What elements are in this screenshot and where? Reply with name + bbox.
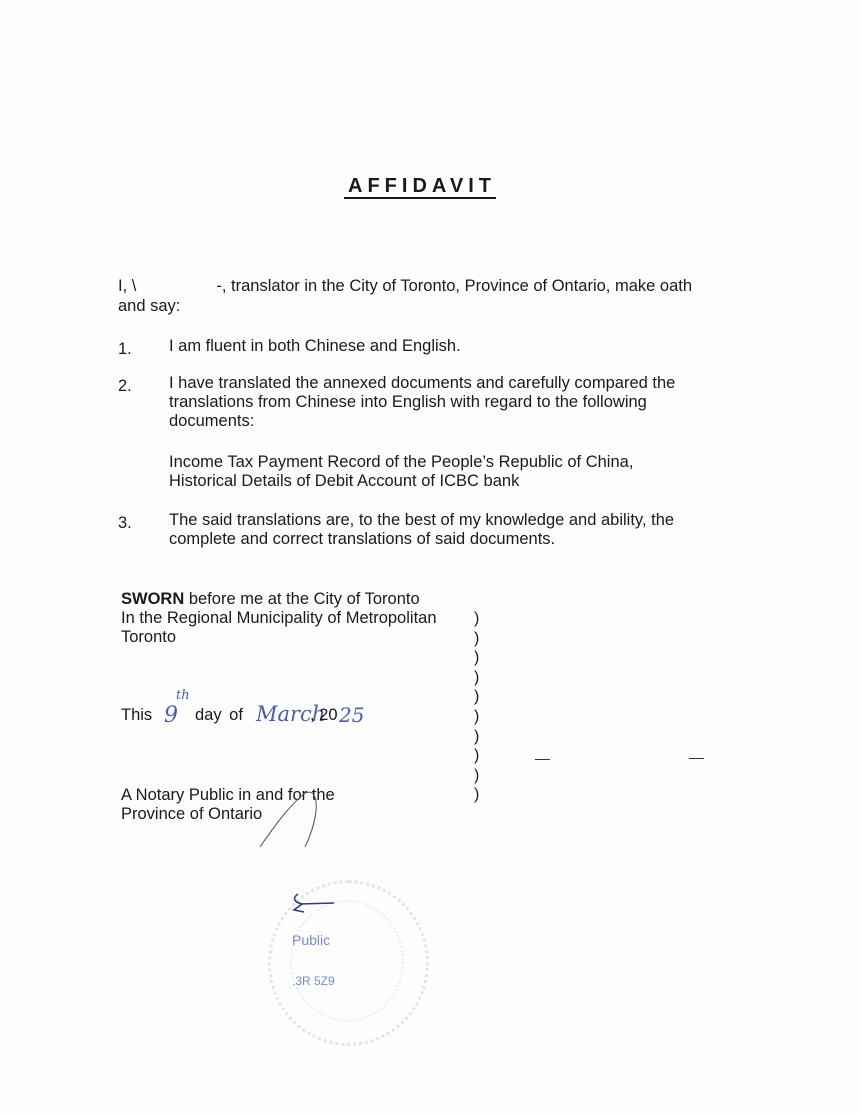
document-list-item: Income Tax Payment Record of the People’… bbox=[169, 453, 633, 472]
handwritten-day: 9 bbox=[164, 703, 178, 728]
redaction-mark-right bbox=[689, 758, 704, 759]
affidavit-title: AFFIDAVIT bbox=[0, 175, 840, 198]
intro-prefix: I, \ bbox=[118, 277, 136, 295]
item-2-number: 2. bbox=[118, 377, 132, 396]
item-3-line: The said translations are, to the best o… bbox=[169, 511, 674, 530]
item-3-line: complete and correct translations of sai… bbox=[169, 530, 674, 549]
item-1-number: 1. bbox=[118, 340, 132, 359]
sworn-line-1-rest: before me at the City of Toronto bbox=[184, 590, 419, 608]
bracket: ) bbox=[474, 746, 479, 766]
item-2-line: translations from Chinese into English w… bbox=[169, 393, 675, 412]
intro-line-2: and say: bbox=[118, 297, 180, 316]
date-middle: day of bbox=[195, 706, 243, 725]
item-1-line: I am fluent in both Chinese and English. bbox=[169, 337, 461, 356]
stamp-text-postal: .3R 5Z9 bbox=[292, 974, 335, 988]
handwritten-day-suffix: th bbox=[176, 688, 190, 703]
item-2-line: documents: bbox=[169, 412, 675, 431]
item-3-text: The said translations are, to the best o… bbox=[169, 511, 674, 549]
handwritten-year: 25 bbox=[339, 703, 364, 727]
bracket: ) bbox=[474, 668, 479, 688]
bracket: ) bbox=[474, 766, 479, 786]
stamp-text-public: Public bbox=[292, 932, 330, 948]
date-prefix: This bbox=[121, 706, 152, 725]
bracket: ) bbox=[474, 629, 479, 649]
bracket: ) bbox=[474, 687, 479, 707]
bracket: ) bbox=[474, 785, 479, 805]
sworn-line-3: Toronto bbox=[121, 628, 437, 647]
year-printed: , 20 bbox=[310, 706, 338, 725]
sworn-block: SWORN before me at the City of Toronto I… bbox=[121, 590, 437, 647]
stamp-signature bbox=[290, 890, 340, 920]
notary-signature bbox=[250, 785, 330, 855]
bracket: ) bbox=[474, 609, 479, 629]
bracket: ) bbox=[474, 707, 479, 727]
bracket-column: ) ) ) ) ) ) ) ) ) ) bbox=[474, 609, 479, 805]
bracket: ) bbox=[474, 648, 479, 668]
item-2-text: I have translated the annexed documents … bbox=[169, 374, 675, 431]
sworn-line-1: SWORN before me at the City of Toronto bbox=[121, 590, 437, 609]
sworn-line-2: In the Regional Municipality of Metropol… bbox=[121, 609, 437, 628]
document-list: Income Tax Payment Record of the People’… bbox=[169, 453, 633, 491]
redaction-mark-left bbox=[535, 759, 550, 760]
bracket: ) bbox=[474, 727, 479, 747]
intro-suffix: -, translator in the City of Toronto, Pr… bbox=[216, 277, 692, 295]
document-list-item: Historical Details of Debit Account of I… bbox=[169, 472, 633, 491]
intro-line-1: I, \-, translator in the City of Toronto… bbox=[118, 277, 692, 296]
item-1-text: I am fluent in both Chinese and English. bbox=[169, 337, 461, 356]
sworn-bold: SWORN bbox=[121, 590, 184, 608]
item-3-number: 3. bbox=[118, 514, 132, 533]
item-2-line: I have translated the annexed documents … bbox=[169, 374, 675, 393]
